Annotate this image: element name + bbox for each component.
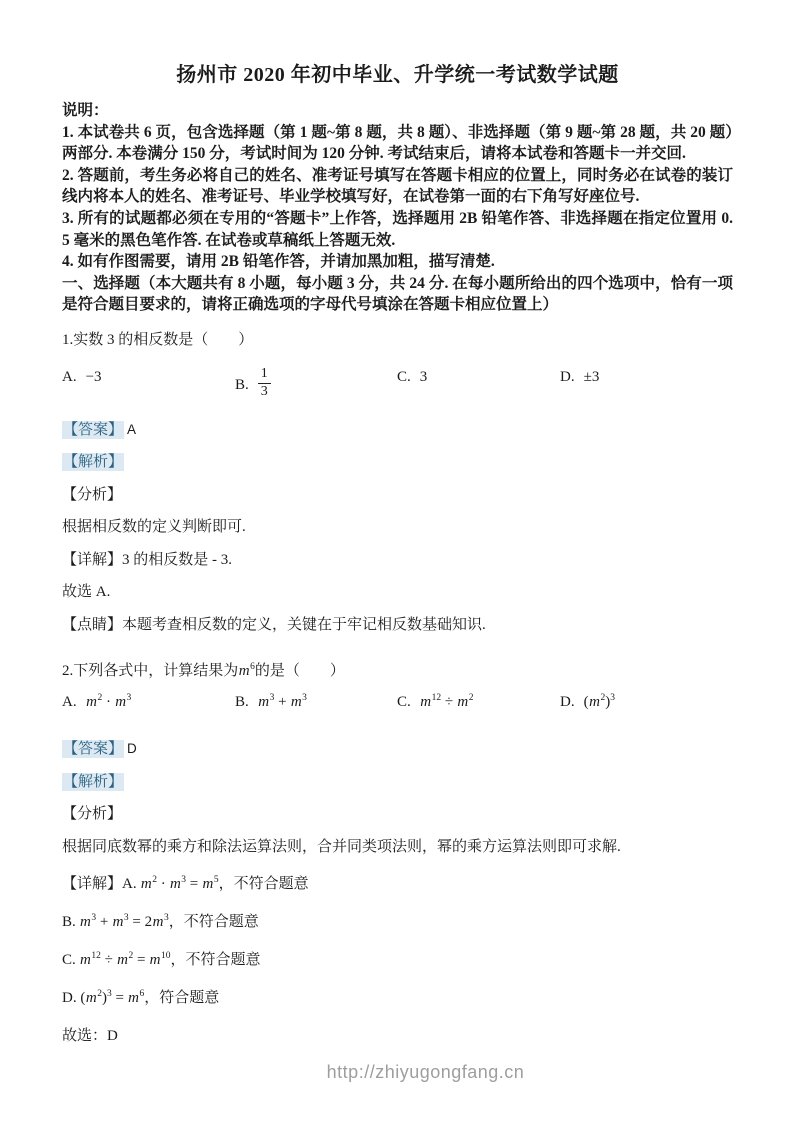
- q2-option-a-value: m2 · m3: [86, 694, 132, 710]
- q2-detail-a-suffix: ，不符合题意: [219, 876, 309, 892]
- q2-detail-b: B. m3 + m3 = 2m3，不符合题意: [62, 911, 733, 933]
- q2-option-c-value: m12 ÷ m2: [420, 694, 474, 710]
- q1-option-c: C.3: [397, 369, 427, 386]
- xiangjie-tag: 【详解】A.: [62, 876, 137, 892]
- q2-option-d-value: (m2)3: [584, 694, 615, 710]
- dianjing-tag: 【点睛】: [62, 617, 122, 633]
- q1-option-c-label: C.: [397, 369, 411, 385]
- q1-answer-value: A: [127, 422, 136, 437]
- fraction-numerator: 1: [258, 367, 271, 383]
- q1-option-d-label: D.: [560, 369, 575, 385]
- q1-option-d: D.±3: [560, 369, 599, 386]
- q2-option-d-label: D.: [560, 694, 575, 710]
- exam-instructions: 说明： 1. 本试卷共 6 页，包含选择题（第 1 题~第 8 题，共 8 题）…: [62, 100, 733, 316]
- q2-option-c: C.m12 ÷ m2: [397, 694, 473, 711]
- q1-option-d-value: ±3: [584, 369, 600, 385]
- q1-option-c-value: 3: [420, 369, 428, 385]
- q2-detail-c-math: m12 ÷ m2 = m10: [80, 952, 171, 968]
- fenxi-tag: 【分析】: [62, 806, 122, 822]
- answer-tag: 【答案】: [62, 740, 124, 758]
- q2-option-b: B.m3 + m3: [235, 694, 307, 711]
- q2-analysis-text: 根据同底数幂的乘方和除法运算法则，合并同类项法则，幂的乘方运算法则即可求解.: [62, 838, 733, 858]
- q2-answer-value: D: [127, 741, 137, 756]
- q2-option-b-value: m3 + m3: [258, 694, 307, 710]
- q2-detail-b-label: B.: [62, 914, 76, 930]
- q2-detail-d-label: D.: [62, 990, 77, 1006]
- jiexi-tag: 【解析】: [62, 773, 124, 791]
- page-content: 扬州市 2020 年初中毕业、升学统一考试数学试题 说明： 1. 本试卷共 6 …: [0, 62, 793, 1047]
- instruction-item-2: 2. 答题前，考生务必将自己的姓名、准考证号填写在答题卡相应的位置上，同时务必在…: [62, 165, 733, 208]
- q1-option-b-label: B.: [235, 377, 249, 393]
- question-2-options: A.m2 · m3 B.m3 + m3 C.m12 ÷ m2 D.(m2)3: [62, 692, 733, 726]
- question-2-stem: 2.下列各式中，计算结果为m6的是（ ）: [62, 661, 733, 681]
- q1-option-a: A.−3: [62, 369, 102, 386]
- q1-comment-line: 【点睛】本题考查相反数的定义，关键在于牢记相反数基础知识.: [62, 616, 733, 636]
- xiangjie-tag: 【详解】: [62, 552, 122, 568]
- q2-detail-b-math: m3 + m3 = 2m3: [80, 914, 169, 930]
- q2-stem-math: m6: [238, 663, 255, 679]
- q1-option-a-label: A.: [62, 369, 77, 385]
- exam-paper-page: 扬州市 2020 年初中毕业、升学统一考试数学试题 说明： 1. 本试卷共 6 …: [0, 0, 793, 1122]
- q1-option-b-fraction: 13: [258, 367, 271, 399]
- q2-detail-a-math: m2 · m3 = m5: [140, 876, 218, 892]
- question-1-stem: 1.实数 3 的相反数是（ ）: [62, 330, 733, 350]
- q2-answer-line: 【答案】D: [62, 739, 733, 760]
- q2-option-a: A.m2 · m3: [62, 694, 131, 711]
- q2-detail-d-suffix: ，符合题意: [144, 990, 219, 1006]
- q2-option-b-label: B.: [235, 694, 249, 710]
- q1-detail-line: 【详解】3 的相反数是 - 3.: [62, 551, 733, 571]
- q2-stem-prefix: 2.下列各式中，计算结果为: [62, 663, 238, 679]
- q2-jiexi-line: 【解析】: [62, 773, 733, 793]
- question-1: 1.实数 3 的相反数是（ ） A.−3 B.13 C.3 D.±3 【答案】A…: [62, 330, 733, 636]
- q1-option-b: B.13: [235, 369, 271, 401]
- q2-conclusion: 故选：D: [62, 1025, 733, 1047]
- question-1-options: A.−3 B.13 C.3 D.±3: [62, 361, 733, 407]
- q2-detail-d: D. (m2)3 = m6，符合题意: [62, 987, 733, 1009]
- watermark-url: http://zhiyugongfang.cn: [0, 1062, 793, 1083]
- q2-detail-c: C. m12 ÷ m2 = m10，不符合题意: [62, 949, 733, 971]
- instruction-item-4: 4. 如有作图需要，请用 2B 铅笔作答，并请加黑加粗，描写清楚.: [62, 251, 733, 273]
- q2-detail-c-suffix: ，不符合题意: [171, 952, 261, 968]
- jiexi-tag: 【解析】: [62, 453, 124, 471]
- q2-detail-a: 【详解】A. m2 · m3 = m5，不符合题意: [62, 873, 733, 895]
- q2-option-a-label: A.: [62, 694, 77, 710]
- fraction-denominator: 3: [258, 384, 271, 400]
- q1-conclusion: 故选 A.: [62, 583, 733, 603]
- q2-option-d: D.(m2)3: [560, 694, 615, 711]
- question-2: 2.下列各式中，计算结果为m6的是（ ） A.m2 · m3 B.m3 + m3…: [62, 661, 733, 1047]
- page-title: 扬州市 2020 年初中毕业、升学统一考试数学试题: [62, 62, 733, 88]
- q2-fenxi-line: 【分析】: [62, 805, 733, 825]
- instruction-item-3: 3. 所有的试题都必须在专用的“答题卡”上作答，选择题用 2B 铅笔作答、非选择…: [62, 208, 733, 251]
- q1-jiexi-line: 【解析】: [62, 453, 733, 473]
- q1-comment-text: 本题考查相反数的定义，关键在于牢记相反数基础知识.: [122, 617, 486, 633]
- q1-analysis-text: 根据相反数的定义判断即可.: [62, 518, 733, 538]
- instruction-item-1: 1. 本试卷共 6 页，包含选择题（第 1 题~第 8 题，共 8 题）、非选择…: [62, 122, 733, 165]
- q2-stem-suffix: 的是（ ）: [255, 663, 345, 679]
- answer-tag: 【答案】: [62, 421, 124, 439]
- fenxi-tag: 【分析】: [62, 487, 122, 503]
- q2-detail-d-math: (m2)3 = m6: [80, 990, 144, 1006]
- q1-fenxi-line: 【分析】: [62, 486, 733, 506]
- q2-detail-c-label: C.: [62, 952, 76, 968]
- q2-detail-b-suffix: ，不符合题意: [169, 914, 259, 930]
- instructions-heading: 说明：: [62, 100, 733, 122]
- q1-option-a-value: −3: [86, 369, 102, 385]
- q1-answer-line: 【答案】A: [62, 420, 733, 441]
- section-heading: 一、选择题（本大题共有 8 小题，每小题 3 分，共 24 分. 在每小题所给出…: [62, 273, 733, 316]
- q1-detail-text: 3 的相反数是 - 3.: [122, 552, 232, 568]
- q2-option-c-label: C.: [397, 694, 411, 710]
